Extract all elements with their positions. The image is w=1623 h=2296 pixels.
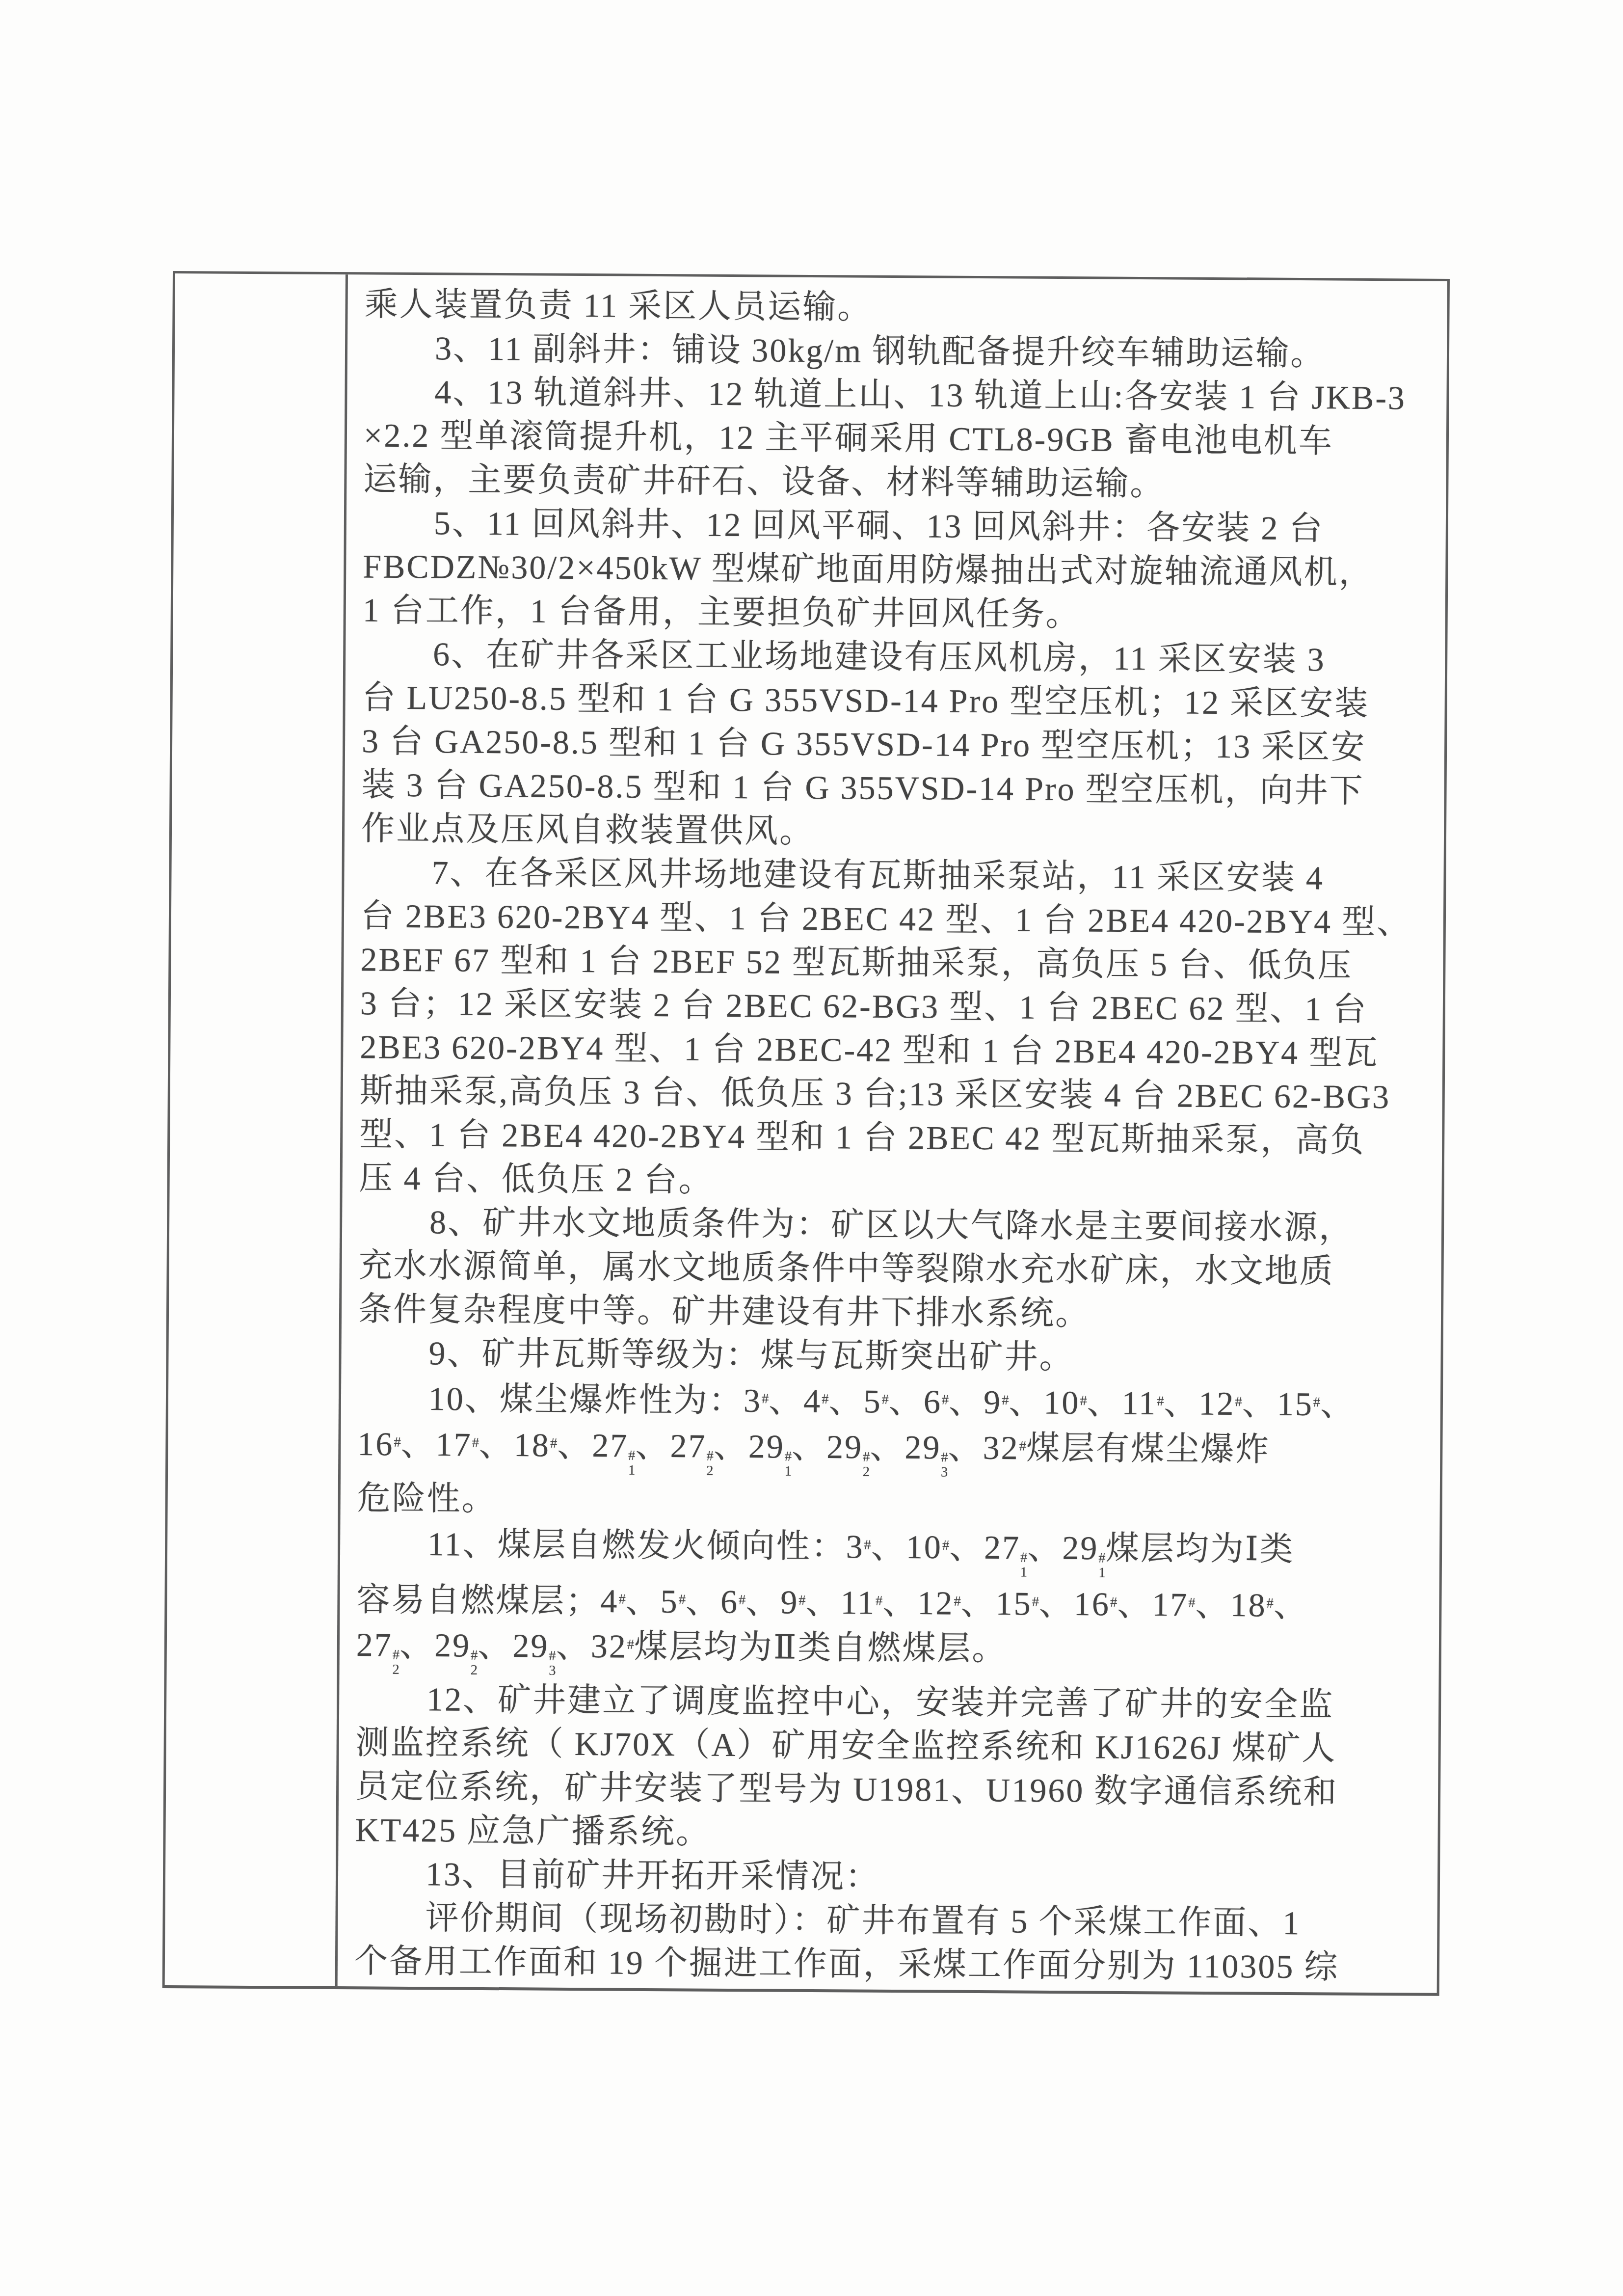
text-line: 10、煤尘爆炸性为：3#、4#、5#、6#、9#、10#、11#、12#、15#…: [358, 1375, 1437, 1427]
row-label-cell: [165, 273, 348, 1986]
text-line: 作业点及压风自救装置供风。: [361, 807, 1440, 857]
text-line: 危险性。: [357, 1476, 1436, 1526]
text-line: 员定位系统，矿井安装了型号为 U1981、U1960 数字通信系统和: [355, 1765, 1435, 1815]
text-line: 6、在矿井各采区工业场地建设有压风机房，11 采区安装 3: [362, 632, 1441, 682]
text-line: 3、11 副斜井：铺设 30kg/m 钢轨配备提升绞车辅助运输。: [364, 326, 1443, 376]
text-line: 2BE3 620-2BY4 型、1 台 2BEC-42 型和 1 台 2BE4 …: [360, 1025, 1439, 1075]
text-line: 2BEF 67 型和 1 台 2BEF 52 型瓦斯抽采泵，高负压 5 台、低负…: [360, 938, 1439, 988]
document-table: 乘人装置负责 11 采区人员运输。3、11 副斜井：铺设 30kg/m 钢轨配备…: [162, 271, 1450, 1996]
text-line: 斯抽采泵,高负压 3 台、低负压 3 台;13 采区安装 4 台 2BEC 62…: [360, 1069, 1439, 1119]
text-line: 台 LU250-8.5 型和 1 台 G 355VSD-14 Pro 型空压机；…: [362, 675, 1441, 726]
table-content-cell: 乘人装置负责 11 采区人员运输。3、11 副斜井：铺设 30kg/m 钢轨配备…: [338, 274, 1447, 1993]
text-line: 台 2BE3 620-2BY4 型、1 台 2BEC 42 型、1 台 2BE4…: [361, 894, 1440, 944]
text-line: 3 台 GA250-8.5 型和 1 台 G 355VSD-14 Pro 型空压…: [362, 719, 1441, 769]
text-line: 充水水源简单，属水文地质条件中等裂隙水充水矿床，水文地质: [358, 1243, 1437, 1294]
text-line: 3 台；12 采区安装 2 台 2BEC 62-BG3 型、1 台 2BEC 6…: [360, 981, 1439, 1031]
text-line: 4、13 轨道斜井、12 轨道上山、13 轨道上山:各安装 1 台 JKB-3: [364, 370, 1443, 420]
text-line: 个备用工作面和 19 个掘进工作面，采煤工作面分别为 110305 综: [354, 1940, 1434, 1990]
text-line: 条件复杂程度中等。矿井建设有井下排水系统。: [358, 1287, 1437, 1337]
text-line: 8、矿井水文地质条件为：矿区以大气降水是主要间接水源，: [359, 1200, 1438, 1250]
text-line: 乘人装置负责 11 采区人员运输。: [364, 282, 1443, 332]
text-line: 容易自燃煤层；4#、5#、6#、9#、11#、12#、15#、16#、17#、1…: [356, 1576, 1436, 1628]
text-line: 1 台工作，1 台备用，主要担负矿井回风任务。: [363, 588, 1442, 638]
text-line: 装 3 台 GA250-8.5 型和 1 台 G 355VSD-14 Pro 型…: [361, 763, 1440, 813]
text-line: 13、目前矿井开拓开采情况：: [355, 1852, 1434, 1902]
text-line: KT425 应急广播系统。: [355, 1809, 1434, 1859]
text-line: ×2.2 型单滚筒提升机，12 主平硐采用 CTL8-9GB 畜电池电机车: [364, 413, 1443, 463]
text-line: 16#、17#、18#、27#1、27#2、29#1、29#2、29#3、32#…: [357, 1420, 1437, 1483]
text-line: 27#2、29#2、29#3、32#煤层均为Ⅱ类自燃煤层。: [356, 1621, 1436, 1684]
text-line: 7、在各采区风井场地建设有瓦斯抽采泵站，11 采区安装 4: [361, 850, 1440, 900]
text-line: 型、1 台 2BE4 420-2BY4 型和 1 台 2BEC 42 型瓦斯抽采…: [359, 1112, 1438, 1162]
text-line: 12、矿井建立了调度监控中心，安装并完善了矿井的安全监: [356, 1677, 1435, 1728]
text-line: 压 4 台、低负压 2 台。: [359, 1156, 1438, 1206]
scanned-document-page: 乘人装置负责 11 采区人员运输。3、11 副斜井：铺设 30kg/m 钢轨配备…: [0, 0, 1623, 2296]
text-line: 评价期间（现场初勘时）：矿井布置有 5 个采煤工作面、1: [354, 1896, 1434, 1946]
text-line: 测监控系统（ KJ70X（A）矿用安全监控系统和 KJ1626J 煤矿人: [355, 1721, 1435, 1771]
text-line: 9、矿井瓦斯等级为：煤与瓦斯突出矿井。: [358, 1331, 1437, 1381]
text-line: 5、11 回风斜井、12 回风平硐、13 回风斜井：各安装 2 台: [363, 501, 1442, 551]
text-line: FBCDZ№30/2×450kW 型煤矿地面用防爆抽出式对旋轴流通风机，: [363, 544, 1442, 594]
text-line: 运输，主要负责矿井矸石、设备、材料等辅助运输。: [363, 457, 1442, 507]
text-line: 11、煤层自燃发火倾向性：3#、10#、27#1、29#1煤层均为Ⅰ类: [357, 1520, 1436, 1582]
